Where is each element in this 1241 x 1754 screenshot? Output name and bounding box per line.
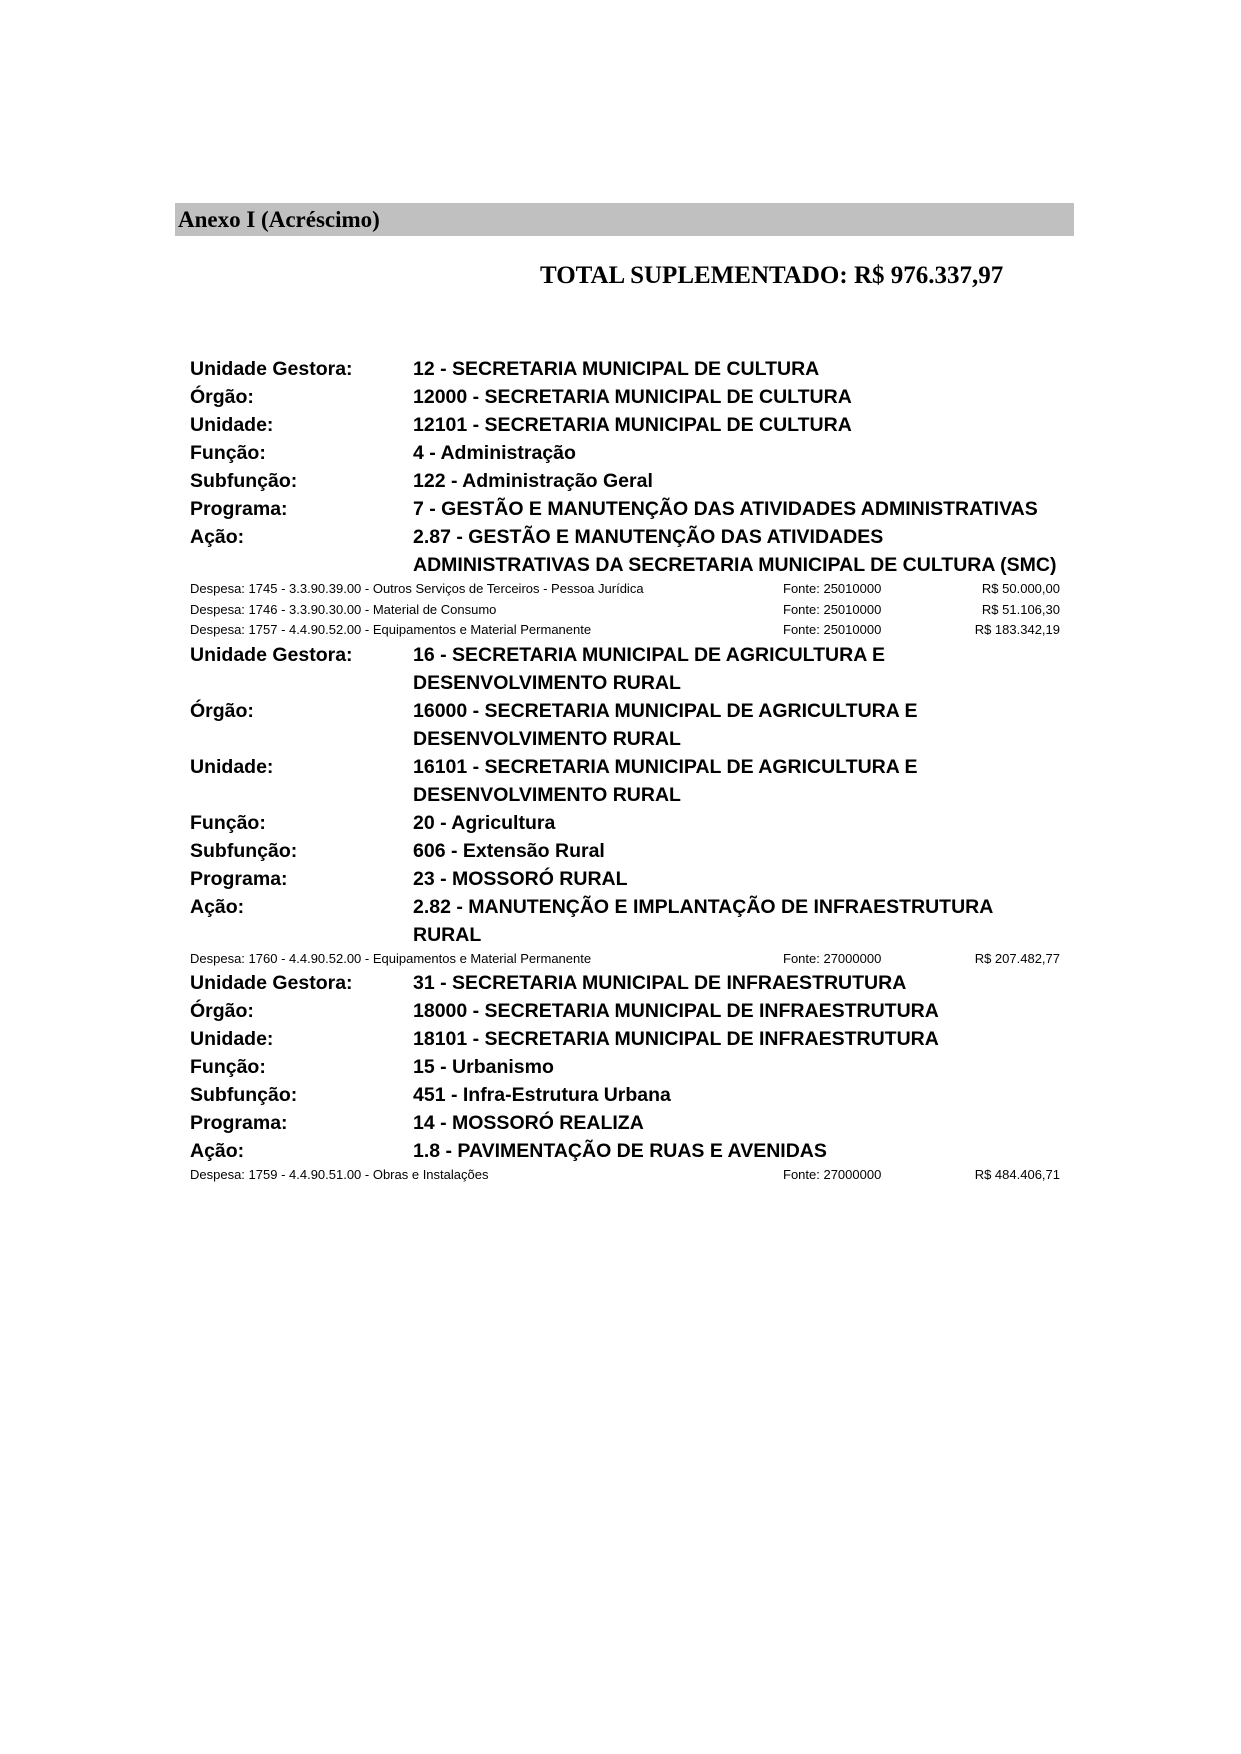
field-label: Unidade Gestora:	[190, 969, 413, 997]
expense-description: Despesa: 1757 - 4.4.90.52.00 - Equipamen…	[190, 620, 783, 641]
field-row: Programa:14 - MOSSORÓ REALIZA	[190, 1109, 1060, 1137]
field-value: 18101 - SECRETARIA MUNICIPAL DE INFRAEST…	[413, 1025, 1060, 1053]
field-row: Órgão:18000 - SECRETARIA MUNICIPAL DE IN…	[190, 997, 1060, 1025]
field-row: Função:4 - Administração	[190, 439, 1060, 467]
field-row: Ação:2.82 - MANUTENÇÃO E IMPLANTAÇÃO DE …	[190, 893, 1060, 949]
annex-title: Anexo I (Acréscimo)	[175, 203, 1074, 236]
field-row: Unidade Gestora:12 - SECRETARIA MUNICIPA…	[190, 355, 1060, 383]
field-row: Função:20 - Agricultura	[190, 809, 1060, 837]
field-value: 4 - Administração	[413, 439, 1060, 467]
field-row: Subfunção:122 - Administração Geral	[190, 467, 1060, 495]
field-value: 15 - Urbanismo	[413, 1053, 1060, 1081]
field-value: 122 - Administração Geral	[413, 467, 1060, 495]
expense-description: Despesa: 1745 - 3.3.90.39.00 - Outros Se…	[190, 579, 783, 600]
field-value: 2.87 - GESTÃO E MANUTENÇÃO DAS ATIVIDADE…	[413, 523, 1060, 579]
field-value: 18000 - SECRETARIA MUNICIPAL DE INFRAEST…	[413, 997, 1060, 1025]
expense-row: Despesa: 1760 - 4.4.90.52.00 - Equipamen…	[190, 949, 1060, 970]
expense-amount: R$ 183.342,19	[923, 620, 1060, 641]
field-row: Unidade:18101 - SECRETARIA MUNICIPAL DE …	[190, 1025, 1060, 1053]
field-label: Unidade:	[190, 753, 413, 809]
expense-fonte: Fonte: 25010000	[783, 579, 923, 600]
field-label: Função:	[190, 439, 413, 467]
field-value: 12101 - SECRETARIA MUNICIPAL DE CULTURA	[413, 411, 1060, 439]
budget-section: Unidade Gestora:16 - SECRETARIA MUNICIPA…	[190, 641, 1060, 970]
field-row: Ação:1.8 - PAVIMENTAÇÃO DE RUAS E AVENID…	[190, 1137, 1060, 1165]
field-label: Programa:	[190, 1109, 413, 1137]
field-label: Unidade Gestora:	[190, 641, 413, 697]
field-label: Programa:	[190, 495, 413, 523]
expense-row: Despesa: 1745 - 3.3.90.39.00 - Outros Se…	[190, 579, 1060, 600]
field-value: 31 - SECRETARIA MUNICIPAL DE INFRAESTRUT…	[413, 969, 1060, 997]
field-row: Órgão:16000 - SECRETARIA MUNICIPAL DE AG…	[190, 697, 1060, 753]
expense-fonte: Fonte: 27000000	[783, 1165, 923, 1186]
expense-amount: R$ 484.406,71	[923, 1165, 1060, 1186]
field-value: 16 - SECRETARIA MUNICIPAL DE AGRICULTURA…	[413, 641, 1060, 697]
field-row: Programa:23 - MOSSORÓ RURAL	[190, 865, 1060, 893]
field-label: Órgão:	[190, 997, 413, 1025]
field-label: Programa:	[190, 865, 413, 893]
expense-amount: R$ 207.482,77	[923, 949, 1060, 970]
budget-section: Unidade Gestora:12 - SECRETARIA MUNICIPA…	[190, 355, 1060, 641]
field-label: Função:	[190, 809, 413, 837]
field-value: 12000 - SECRETARIA MUNICIPAL DE CULTURA	[413, 383, 1060, 411]
field-label: Ação:	[190, 1137, 413, 1165]
expense-description: Despesa: 1759 - 4.4.90.51.00 - Obras e I…	[190, 1165, 783, 1186]
field-label: Unidade Gestora:	[190, 355, 413, 383]
field-value: 7 - GESTÃO E MANUTENÇÃO DAS ATIVIDADES A…	[413, 495, 1060, 523]
expense-amount: R$ 50.000,00	[923, 579, 1060, 600]
field-label: Órgão:	[190, 383, 413, 411]
field-value: 12 - SECRETARIA MUNICIPAL DE CULTURA	[413, 355, 1060, 383]
field-row: Unidade:12101 - SECRETARIA MUNICIPAL DE …	[190, 411, 1060, 439]
field-label: Função:	[190, 1053, 413, 1081]
total-supplemented: TOTAL SUPLEMENTADO: R$ 976.337,97	[540, 262, 1003, 290]
expense-description: Despesa: 1760 - 4.4.90.52.00 - Equipamen…	[190, 949, 783, 970]
field-label: Unidade:	[190, 1025, 413, 1053]
field-row: Ação:2.87 - GESTÃO E MANUTENÇÃO DAS ATIV…	[190, 523, 1060, 579]
field-value: 16101 - SECRETARIA MUNICIPAL DE AGRICULT…	[413, 753, 1060, 809]
field-row: Subfunção:606 - Extensão Rural	[190, 837, 1060, 865]
field-value: 606 - Extensão Rural	[413, 837, 1060, 865]
expense-amount: R$ 51.106,30	[923, 600, 1060, 621]
expense-row: Despesa: 1757 - 4.4.90.52.00 - Equipamen…	[190, 620, 1060, 641]
field-row: Órgão:12000 - SECRETARIA MUNICIPAL DE CU…	[190, 383, 1060, 411]
field-row: Subfunção:451 - Infra-Estrutura Urbana	[190, 1081, 1060, 1109]
field-value: 23 - MOSSORÓ RURAL	[413, 865, 1060, 893]
budget-section: Unidade Gestora:31 - SECRETARIA MUNICIPA…	[190, 969, 1060, 1186]
field-label: Ação:	[190, 893, 413, 949]
field-row: Unidade Gestora:16 - SECRETARIA MUNICIPA…	[190, 641, 1060, 697]
field-row: Unidade Gestora:31 - SECRETARIA MUNICIPA…	[190, 969, 1060, 997]
expense-fonte: Fonte: 25010000	[783, 600, 923, 621]
field-value: 1.8 - PAVIMENTAÇÃO DE RUAS E AVENIDAS	[413, 1137, 1060, 1165]
field-label: Órgão:	[190, 697, 413, 753]
expense-fonte: Fonte: 25010000	[783, 620, 923, 641]
field-value: 2.82 - MANUTENÇÃO E IMPLANTAÇÃO DE INFRA…	[413, 893, 1060, 949]
expense-fonte: Fonte: 27000000	[783, 949, 923, 970]
budget-sections: Unidade Gestora:12 - SECRETARIA MUNICIPA…	[190, 355, 1060, 1186]
field-label: Subfunção:	[190, 467, 413, 495]
field-label: Ação:	[190, 523, 413, 579]
field-row: Programa:7 - GESTÃO E MANUTENÇÃO DAS ATI…	[190, 495, 1060, 523]
expense-row: Despesa: 1746 - 3.3.90.30.00 - Material …	[190, 600, 1060, 621]
field-value: 16000 - SECRETARIA MUNICIPAL DE AGRICULT…	[413, 697, 1060, 753]
field-row: Unidade:16101 - SECRETARIA MUNICIPAL DE …	[190, 753, 1060, 809]
expense-description: Despesa: 1746 - 3.3.90.30.00 - Material …	[190, 600, 783, 621]
field-label: Subfunção:	[190, 837, 413, 865]
field-row: Função:15 - Urbanismo	[190, 1053, 1060, 1081]
field-value: 451 - Infra-Estrutura Urbana	[413, 1081, 1060, 1109]
field-label: Subfunção:	[190, 1081, 413, 1109]
document-page: Anexo I (Acréscimo) TOTAL SUPLEMENTADO: …	[0, 0, 1241, 1754]
field-value: 20 - Agricultura	[413, 809, 1060, 837]
field-label: Unidade:	[190, 411, 413, 439]
field-value: 14 - MOSSORÓ REALIZA	[413, 1109, 1060, 1137]
expense-row: Despesa: 1759 - 4.4.90.51.00 - Obras e I…	[190, 1165, 1060, 1186]
